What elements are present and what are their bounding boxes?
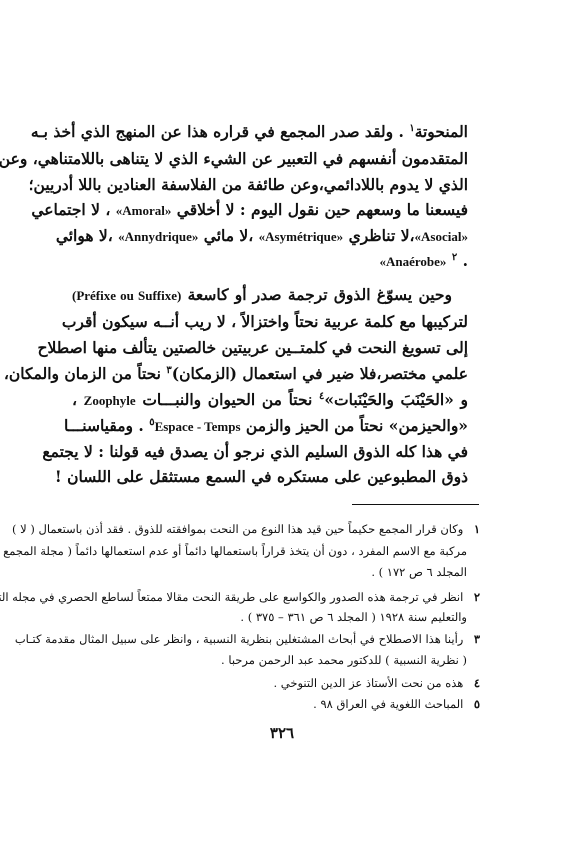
footnote-text: والتعليم سنة ١٩٢٨ ( المجلد ٦ ص ٣٦١ – ٣٧٥… xyxy=(240,610,467,624)
body-text: . ولقد صدر المجمع في قراره هذا عن المنهج… xyxy=(31,122,410,141)
latin-term: (Préfixe ou Suffixe) xyxy=(72,288,181,303)
footnote-text: رأينا هذا الاصطلاح في أبحاث المشتغلين بن… xyxy=(15,632,464,646)
footnote-text: هذه من نحت الأستاذ عز الدين التنوخي . xyxy=(273,676,463,690)
footnote-3-line-1: ٣ رأينا هذا الاصطلاح في أبحاث المشتغلين … xyxy=(62,630,480,648)
latin-term: Zoophyle xyxy=(84,393,136,408)
footnote-3-line-2: ( نظرية النسبية ) للدكتور محمد عبد الرحم… xyxy=(62,651,467,669)
footnote-4-line-1: ٤ هذه من نحت الأستاذ عز الدين التنوخي . xyxy=(62,674,480,692)
footnote-text: المجلد ٦ ص ١٧٢ ) . xyxy=(371,565,467,579)
body-line-11: و «الحَيْنَبَ والحَيْنَبات»٤ نحتاً من ال… xyxy=(72,388,468,413)
body-line-3: الذي لا يدوم باللادائمي،وعن طائفة من الف… xyxy=(72,173,468,197)
body-line-7: وحين يسوّغ الذوق ترجمة صدر أو كاسعة (Pré… xyxy=(72,283,452,308)
body-line-1: المنحوتة١ . ولقد صدر المجمع في قراره هذا… xyxy=(72,120,468,144)
footnote-text: مركبة مع الاسم المفرد ، دون أن يتخذ قرار… xyxy=(0,544,467,558)
body-line-13: في هذا كله الذوق السليم الذي نرجو أن يصد… xyxy=(72,440,468,464)
body-line-12: «والحيزمن» نحتاً من الحيز والزمن Espace … xyxy=(72,414,468,439)
body-line-2: المتقدمون أنفسهم في التعبير عن الشيء الذ… xyxy=(72,147,468,171)
footnote-1-line-3: المجلد ٦ ص ١٧٢ ) . xyxy=(62,563,467,581)
body-line-14: ذوق المطبوعين على مستكره في السمع مستثقل… xyxy=(72,465,468,489)
body-text: ، xyxy=(72,390,84,409)
body-line-6: «Anaérobe» ٢ . xyxy=(72,249,468,274)
footnote-1-line-1: ١ وكان قرار المجمع حكيماً حين قيد هذا ال… xyxy=(62,520,480,538)
body-text: ،لا تناظري xyxy=(343,226,414,245)
body-text: فيسعنا ما وسعهم حين نقول اليوم : لا أخلا… xyxy=(171,200,468,219)
body-text: في هذا كله الذوق السليم الذي نرجو أن يصد… xyxy=(42,442,468,461)
latin-term: «Annydrique» xyxy=(118,229,198,244)
book-page: المنحوتة١ . ولقد صدر المجمع في قراره هذا… xyxy=(0,0,575,848)
footnote-number: ٣ xyxy=(467,630,480,648)
footnote-number: ٢ xyxy=(467,588,480,606)
body-line-5: «Asocial»،لا تناظري «Asymétrique» ،لا ما… xyxy=(72,224,468,249)
footnote-2-line-2: والتعليم سنة ١٩٢٨ ( المجلد ٦ ص ٣٦١ – ٣٧٥… xyxy=(62,608,467,626)
latin-term: «Anaérobe» xyxy=(379,254,446,269)
footnote-number: ٥ xyxy=(467,695,480,713)
page-number: ٣٢٦ xyxy=(262,724,302,742)
body-text: الذي لا يدوم باللادائمي،وعن طائفة من الف… xyxy=(29,175,468,194)
footnote-text: وكان قرار المجمع حكيماً حين قيد هذا النو… xyxy=(12,522,463,536)
footnote-number: ٤ xyxy=(467,674,480,692)
footnote-text: انظر في ترجمة هذه الصدور والكواسع على طر… xyxy=(0,590,463,604)
body-text: ، لا ريب أنــه سيكون أقرب xyxy=(62,312,242,331)
latin-term: «Amoral» xyxy=(116,203,172,218)
body-line-4: فيسعنا ما وسعهم حين نقول اليوم : لا أخلا… xyxy=(72,198,468,223)
footnote-5-line-1: ٥ المباحث اللغوية في العراق ٩٨ . xyxy=(62,695,480,713)
body-text: المتقدمون أنفسهم في التعبير عن الشيء الذ… xyxy=(0,149,468,168)
footnote-1-line-2: مركبة مع الاسم المفرد ، دون أن يتخذ قرار… xyxy=(62,542,467,560)
body-text: . ومقياسنـــا xyxy=(64,416,149,435)
footnote-number: ١ xyxy=(467,520,480,538)
body-text: و «الحَيْنَبَ والحَيْنَبات» xyxy=(324,390,468,409)
body-line-8: لتركيبها مع كلمة عربية نحتاً واختزالاً ،… xyxy=(72,310,468,334)
latin-term: «Asocial» xyxy=(415,229,468,244)
body-text: ، لا اجتماعي xyxy=(31,200,115,219)
body-text: ،لا مائي xyxy=(198,226,258,245)
body-text: ،لا هوائي xyxy=(56,226,118,245)
body-text: إلى تسويغ النحت في كلمتــين عربيتين خالص… xyxy=(37,338,468,357)
footnote-separator xyxy=(352,504,479,505)
body-text: المنحوتة xyxy=(415,122,468,141)
latin-term: «Asymétrique» xyxy=(259,229,344,244)
body-text: . xyxy=(457,251,468,270)
body-text: علمي مختصر،فلا ضير في استعمال (الزمكان) xyxy=(172,364,468,383)
body-line-9: إلى تسويغ النحت في كلمتــين عربيتين خالص… xyxy=(72,336,468,360)
body-text: وحين يسوّغ الذوق ترجمة صدر أو كاسعة xyxy=(181,285,452,304)
body-text: نحتاً من الزمان والمكان، xyxy=(4,364,167,383)
footnote-text: المباحث اللغوية في العراق ٩٨ . xyxy=(313,697,463,711)
body-text: «والحيزمن» نحتاً من الحيز والزمن xyxy=(241,416,468,435)
body-text: نحتاً من الحيوان والنبـــات xyxy=(136,390,319,409)
body-text: ذوق المطبوعين على مستكره في السمع مستثقل… xyxy=(55,467,468,486)
body-line-10: علمي مختصر،فلا ضير في استعمال (الزمكان)٣… xyxy=(72,362,468,386)
footnote-text: ( نظرية النسبية ) للدكتور محمد عبد الرحم… xyxy=(221,653,467,667)
latin-term: Espace - Temps xyxy=(155,419,241,434)
body-text: لتركيبها مع كلمة عربية نحتاً واختزالاً xyxy=(242,312,468,331)
footnote-2-line-1: ٢ انظر في ترجمة هذه الصدور والكواسع على … xyxy=(62,588,480,606)
